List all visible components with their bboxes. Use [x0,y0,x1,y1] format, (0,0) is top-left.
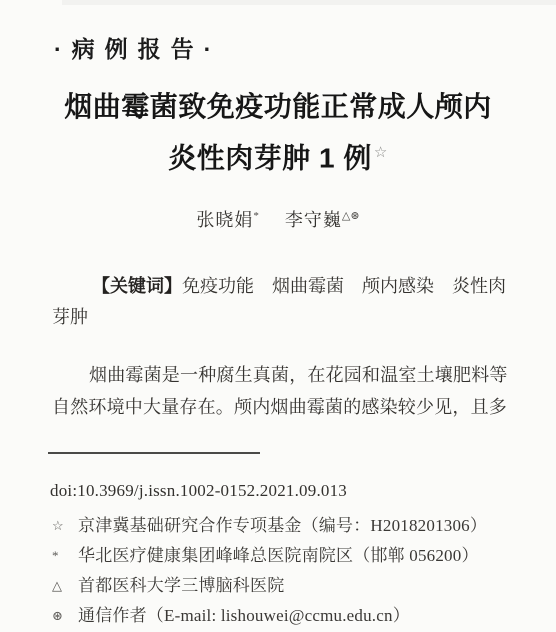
scan-edge-artifact [62,0,556,5]
author-2-affiliation-mark: △⊛ [342,210,360,222]
keywords-paragraph: 【关键词】免疫功能 烟曲霉菌 颅内感染 炎性肉 芽肿 [52,271,512,333]
asterisk-icon: * [52,541,78,571]
triangle-icon: △ [52,571,78,601]
keywords-line-2: 芽肿 [52,302,512,333]
footnote-corresponding-author-text: 通信作者（E-mail: lishouwei@ccmu.edu.cn） [78,606,410,625]
keywords-items: 免疫功能 烟曲霉菌 颅内感染 炎性肉 [182,276,506,296]
footnote-affiliation-2: △首都医科大学三博脑科医院 [52,571,522,601]
title-line-2-text: 炎性肉芽肿 1 例 [168,142,372,173]
author-2-name: 李守巍 [285,210,342,230]
footnote-funding-text: 京津冀基础研究合作专项基金（编号：H2018201306） [78,516,487,535]
authors-line: 张晓娟*李守巍△⊛ [0,206,556,232]
funding-star-mark: ☆ [374,144,388,161]
title-line-2: 炎性肉芽肿 1 例☆ [0,130,556,181]
footnote-list: ☆京津冀基础研究合作专项基金（编号：H2018201306） *华北医疗健康集团… [52,511,522,631]
intro-line-1: 烟曲霉菌是一种腐生真菌，在花园和温室土壤肥料等 [52,359,512,391]
author-1-affiliation-mark: * [253,210,259,222]
intro-paragraph: 烟曲霉菌是一种腐生真菌，在花园和温室土壤肥料等 自然环境中大量存在。颅内烟曲霉菌… [52,359,512,423]
footnote-divider [48,452,260,454]
article-title: 烟曲霉菌致免疫功能正常成人颅内 炎性肉芽肿 1 例☆ [0,84,556,181]
keywords-line-1: 【关键词】免疫功能 烟曲霉菌 颅内感染 炎性肉 [52,271,512,302]
circled-asterisk-icon: ⊛ [52,601,78,631]
star-icon: ☆ [52,511,78,541]
footnote-affiliation-1: *华北医疗健康集团峰峰总医院南院区（邯郸 056200） [52,541,522,571]
footnote-funding: ☆京津冀基础研究合作专项基金（编号：H2018201306） [52,511,522,541]
article-page: ·病例报告· 烟曲霉菌致免疫功能正常成人颅内 炎性肉芽肿 1 例☆ 张晓娟*李守… [0,0,556,632]
author-1-name: 张晓娟 [196,210,253,230]
intro-line-2: 自然环境中大量存在。颅内烟曲霉菌的感染较少见，且多 [52,391,512,423]
footnote-corresponding-author: ⊛通信作者（E-mail: lishouwei@ccmu.edu.cn） [52,601,522,631]
title-line-1: 烟曲霉菌致免疫功能正常成人颅内 [0,84,556,130]
author-1: 张晓娟* [196,210,259,230]
footnote-affiliation-2-text: 首都医科大学三博脑科医院 [78,576,284,595]
keywords-label: 【关键词】 [92,276,182,296]
doi-line: doi:10.3969/j.issn.1002-0152.2021.09.013 [50,481,347,501]
footnote-affiliation-1-text: 华北医疗健康集团峰峰总医院南院区（邯郸 056200） [78,546,479,565]
author-2: 李守巍△⊛ [285,210,360,230]
section-header: ·病例报告· [54,31,221,64]
